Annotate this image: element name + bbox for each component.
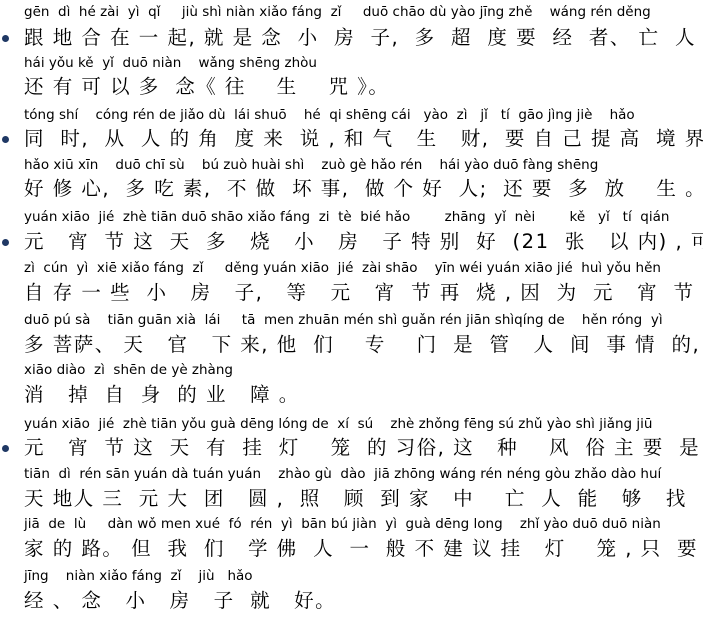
- pinyin-line: yuán xiāo jié zhè tiān duō shāo xiǎo fán…: [24, 209, 669, 225]
- pinyin-line: tiān dì rén sān yuán dà tuán yuán zhào g…: [24, 466, 661, 482]
- chinese-line: 家 的 路。 但 我 们 学 佛 人 一 般 不 建 议 挂 灯 笼 , 只 要…: [24, 537, 703, 561]
- chinese-line: 同 时, 从 人 的 角 度 来 说 , 和 气 生 财, 要 自 己 提 高 …: [24, 127, 703, 151]
- chinese-line: 元 宵 节 这 天 多 烧 小 房 子 特 别 好 (21 张 以 内) , 可…: [24, 230, 703, 254]
- bullet-icon: [2, 136, 9, 143]
- bullet-icon: [2, 239, 9, 246]
- chinese-line: 跟 地 合 在 一 起, 就 是 念 小 房 子, 多 超 度 要 经 者、 亡…: [24, 26, 703, 50]
- chinese-line: 多 菩萨、 天 官 下 来, 他 们 专 门 是 管 人 间 事 情 的, 很 …: [24, 333, 703, 357]
- chinese-line: 还 有 可 以 多 念《 往 生 咒 》。: [24, 75, 389, 99]
- chinese-line: 消 掉 自 身 的 业 障 。: [24, 383, 300, 407]
- chinese-line: 经 、 念 小 房 子 就 好。: [24, 589, 336, 613]
- pinyin-line: tóng shí cóng rén de jiǎo dù lái shuō hé…: [24, 107, 635, 123]
- pinyin-line: jīng niàn xiǎo fáng zǐ jiù hǎo: [24, 568, 253, 584]
- pinyin-line: yuán xiāo jié zhè tiān yǒu guà dēng lóng…: [24, 416, 652, 432]
- bullet-icon: [2, 35, 9, 42]
- pinyin-line: jiā de lù dàn wǒ men xué fó rén yì bān b…: [24, 516, 661, 532]
- pinyin-line: gēn dì hé zài yì qǐ jiù shì niàn xiǎo fá…: [24, 4, 651, 20]
- chinese-line: 天 地人 三 元 大 团 圆 , 照 顾 到 家 中 亡 人 能 够 找 到 回: [24, 487, 703, 511]
- chinese-line: 自 存 一 些 小 房 子, 等 元 宵 节 再 烧 , 因 为 元 宵 节 会…: [24, 281, 703, 305]
- chinese-line: 元 宵 节 这 天 有 挂 灯 笼 的 习俗, 这 种 风 俗 主 要 是 讲 …: [24, 436, 703, 460]
- pinyin-line: hǎo xiū xīn duō chī sù bú zuò huài shì z…: [24, 157, 598, 173]
- chinese-line: 好 修 心, 多 吃 素, 不 做 坏 事, 做 个 好 人; 还 要 多 放 …: [24, 177, 703, 201]
- pinyin-line: zì cún yì xiē xiǎo fáng zǐ děng yuán xiā…: [24, 260, 661, 276]
- pinyin-line: duō pú sà tiān guān xià lái tā men zhuān…: [24, 312, 663, 328]
- pinyin-line: xiāo diào zì shēn de yè zhàng: [24, 362, 233, 378]
- bullet-icon: [2, 445, 9, 452]
- pinyin-line: hái yǒu kě yǐ duō niàn wǎng shēng zhòu: [24, 55, 317, 71]
